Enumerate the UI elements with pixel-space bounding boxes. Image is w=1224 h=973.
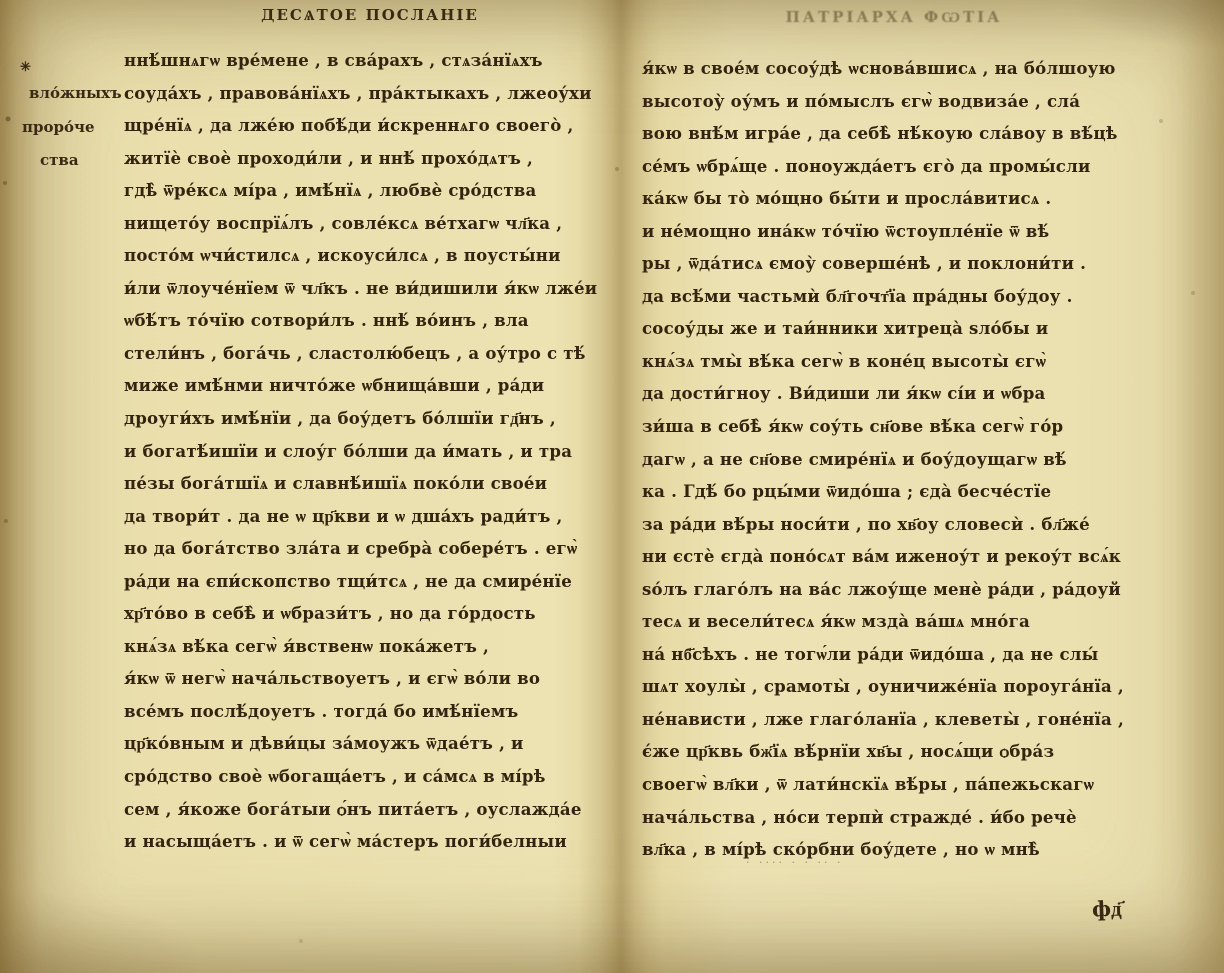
manuscript-line: вою внѣ́м игра́е , да себѣ̀ нѣ́коую сла́… bbox=[642, 117, 1136, 150]
manuscript-line: и не́мощно ина́кѡ то́чїю ѿстоупле́нїе ѿ … bbox=[642, 215, 1136, 248]
manuscript-line: да всѣ́ми частьмѝ бл҃гочт҃їа пра́дны боу… bbox=[642, 280, 1136, 313]
quire-signature-mark: фд҃ bbox=[1092, 895, 1122, 922]
manuscript-line: на́ нб҃сѣхъ . не тогѡ́ли ра́ди ѿидо́ша ,… bbox=[642, 638, 1136, 671]
manuscript-line: ры , ѿда́тисѧ ємоу̀ соверше́нѣ , и покло… bbox=[642, 247, 1136, 280]
manuscript-line: соуда́хъ , правова́нїѧхъ , пра́ктыкахъ ,… bbox=[124, 77, 590, 110]
margin-note-line: ства bbox=[40, 151, 79, 169]
manuscript-line: є́же цр҃квь бж҃їѧ вѣ́рнїи хв҃ы , носѧ́щи… bbox=[642, 735, 1136, 768]
manuscript-line: пе́зы бога́тшїѧ и славнѣ́ишїѧ поко́ли св… bbox=[124, 467, 590, 500]
manuscript-line: гдѣ̀ ѿре́ксѧ мі́ра , имѣ́нїѧ , любвѐ сро… bbox=[124, 174, 590, 207]
manuscript-line: щре́нїѧ , да лже́ю побѣ́ди и́скреннѧго с… bbox=[124, 109, 590, 142]
margin-note-line: вло́жныхъ bbox=[29, 84, 122, 102]
manuscript-line: ра́ди на єпи́скопство тщи́тсѧ , не да см… bbox=[124, 565, 590, 598]
manuscript-line: дагѡ , а не сн҃ове смире́нїѧ и боу́доуща… bbox=[642, 443, 1136, 476]
manuscript-line: да твори́т . да не ѡ цр҃кви и ѡ дша́хъ р… bbox=[124, 500, 590, 533]
manuscript-line: дроуги́хъ имѣ́нїи , да боу́детъ бо́лшїи … bbox=[124, 402, 590, 435]
manuscript-line: и́ли ѿлоуче́нїем ѿ чл҃къ . не ви́дишили … bbox=[124, 272, 590, 305]
manuscript-line: сем , я́коже бога́тыи ѻ́нъ пита́етъ , оу… bbox=[124, 793, 590, 826]
manuscript-line: житїѐ своѐ проходи́ли , и ннѣ́ прохо́дѧт… bbox=[124, 142, 590, 175]
manuscript-line: все́мъ послѣ́доуетъ . тогда́ бо имѣ́нїем… bbox=[124, 695, 590, 728]
manuscript-line: кнѧ́зѧ тмы̀ вѣ́ка сегѡ̀ в коне́ц высоты̀… bbox=[642, 345, 1136, 378]
left-page-text: ннѣ́шнѧгѡ вре́мене , в сва́рахъ , стѧза́… bbox=[124, 44, 590, 858]
manuscript-line: цр҃ко́вным и дѣви́цы за́моужъ ѿдае́тъ , … bbox=[124, 727, 590, 760]
manuscript-line: миже имѣ́нми ничто́же ѡбнища́вши , ра́ди bbox=[124, 369, 590, 402]
ink-flecks bbox=[0, 0, 2, 2]
manuscript-line: хр҃то́во в себѣ̀ и ѡбрази́тъ , но да го́… bbox=[124, 597, 590, 630]
manuscript-line: ннѣ́шнѧгѡ вре́мене , в сва́рахъ , стѧза́… bbox=[124, 44, 590, 77]
running-head-right-faded: ПАТРІАРХА ФѠТІА bbox=[744, 8, 1044, 27]
manuscript-line: нището́у воспрїѧ́лъ , совле́ксѧ ве́тхагѡ… bbox=[124, 207, 590, 240]
manuscript-line: я́кѡ ѿ негѡ̀ нача́льствоуетъ , и єгѡ̀ во… bbox=[124, 662, 590, 695]
running-head-left: ДЕСѦТОЕ ПОСЛАНІЕ bbox=[215, 6, 525, 25]
margin-note-line: проро́че bbox=[22, 118, 95, 136]
manuscript-line: кнѧ́зѧ вѣ́ка сегѡ̀ я́вственѡ пока́жетъ , bbox=[124, 630, 590, 663]
manuscript-line: сосоу́ды же и таи́нники хитреца̀ ѕло́бы … bbox=[642, 312, 1136, 345]
manuscript-line: за ра́ди вѣ́ры носи́ти , по хв҃оу словес… bbox=[642, 508, 1136, 541]
asterisk-mark: ✳ bbox=[20, 60, 31, 75]
manuscript-line: шѧт хоулы̀ , срамоты̀ , оуничиже́нїа пор… bbox=[642, 670, 1136, 703]
manuscript-line: высотоу̀ оу́мъ и по́мыслъ єгѡ̀ водвиза́е… bbox=[642, 85, 1136, 118]
manuscript-line: посто́м ѡчи́стилсѧ , искоуси́лсѧ , в поу… bbox=[124, 239, 590, 272]
manuscript-line: и насыща́етъ . и ѿ сегѡ̀ ма́стеръ поги́б… bbox=[124, 825, 590, 858]
manuscript-line: своегѡ̀ вл҃ки , ѿ лати́нскїѧ вѣ́ры , па́… bbox=[642, 768, 1136, 801]
right-page-text: я́кѡ в свое́м сосоу́дѣ ѡснова́вшисѧ , на… bbox=[642, 52, 1136, 866]
manuscript-line: не́нависти , лже глаго́ланїа , клеветы̀ … bbox=[642, 703, 1136, 736]
manuscript-line: и богатѣ́ишїи и слоу́г бо́лши да и́мать … bbox=[124, 435, 590, 468]
manuscript-line: сро́дство своѐ ѡбогаща́етъ , и са́мсѧ в … bbox=[124, 760, 590, 793]
manuscript-line: ка́кѡ бы то̀ мо́щно бы́ти и просла́витис… bbox=[642, 182, 1136, 215]
manuscript-line: се́мъ ѡбрѧ́ще . поноужда́етъ єго̀ да про… bbox=[642, 150, 1136, 183]
ink-specks-row: · ···· · · ·· · bbox=[746, 856, 966, 869]
manuscript-line: стели́нъ , бога́чь , сластолю́бецъ , а о… bbox=[124, 337, 590, 370]
manuscript-line: ка . Гдѣ́ бо рцы́ми ѿидо́ша ; єда̀ бесче… bbox=[642, 475, 1136, 508]
manuscript-line: тесѧ и весели́тесѧ я́кѡ мзда̀ ва́шѧ мно́… bbox=[642, 605, 1136, 638]
manuscript-line: ѕо́лъ глаго́лъ на ва́с лжоу́ще менѐ ра́д… bbox=[642, 573, 1136, 606]
manuscript-line: нача́льства , но́си терпѝ стражде́ . и́б… bbox=[642, 801, 1136, 834]
manuscript-line: но да бога́тство зла́та и сребра̀ собере… bbox=[124, 532, 590, 565]
manuscript-line: да дости́гноу . Ви́диши ли я́кѡ сі́и и ѡ… bbox=[642, 377, 1136, 410]
manuscript-line: ни єстѐ єгда̀ поно́сѧт ва́м иженоу́т и р… bbox=[642, 540, 1136, 573]
manuscript-line: ѡбѣ́тъ то́чїю сотвори́лъ . ннѣ́ во́инъ ,… bbox=[124, 304, 590, 337]
manuscript-line: я́кѡ в свое́м сосоу́дѣ ѡснова́вшисѧ , на… bbox=[642, 52, 1136, 85]
manuscript-line: зи́ша в себѣ̀ я́кѡ соу́ть сн҃ове вѣ́ка с… bbox=[642, 410, 1136, 443]
book-scan: ДЕСѦТОЕ ПОСЛАНІЕ ПАТРІАРХА ФѠТІА ✳ вло́ж… bbox=[0, 0, 1224, 973]
